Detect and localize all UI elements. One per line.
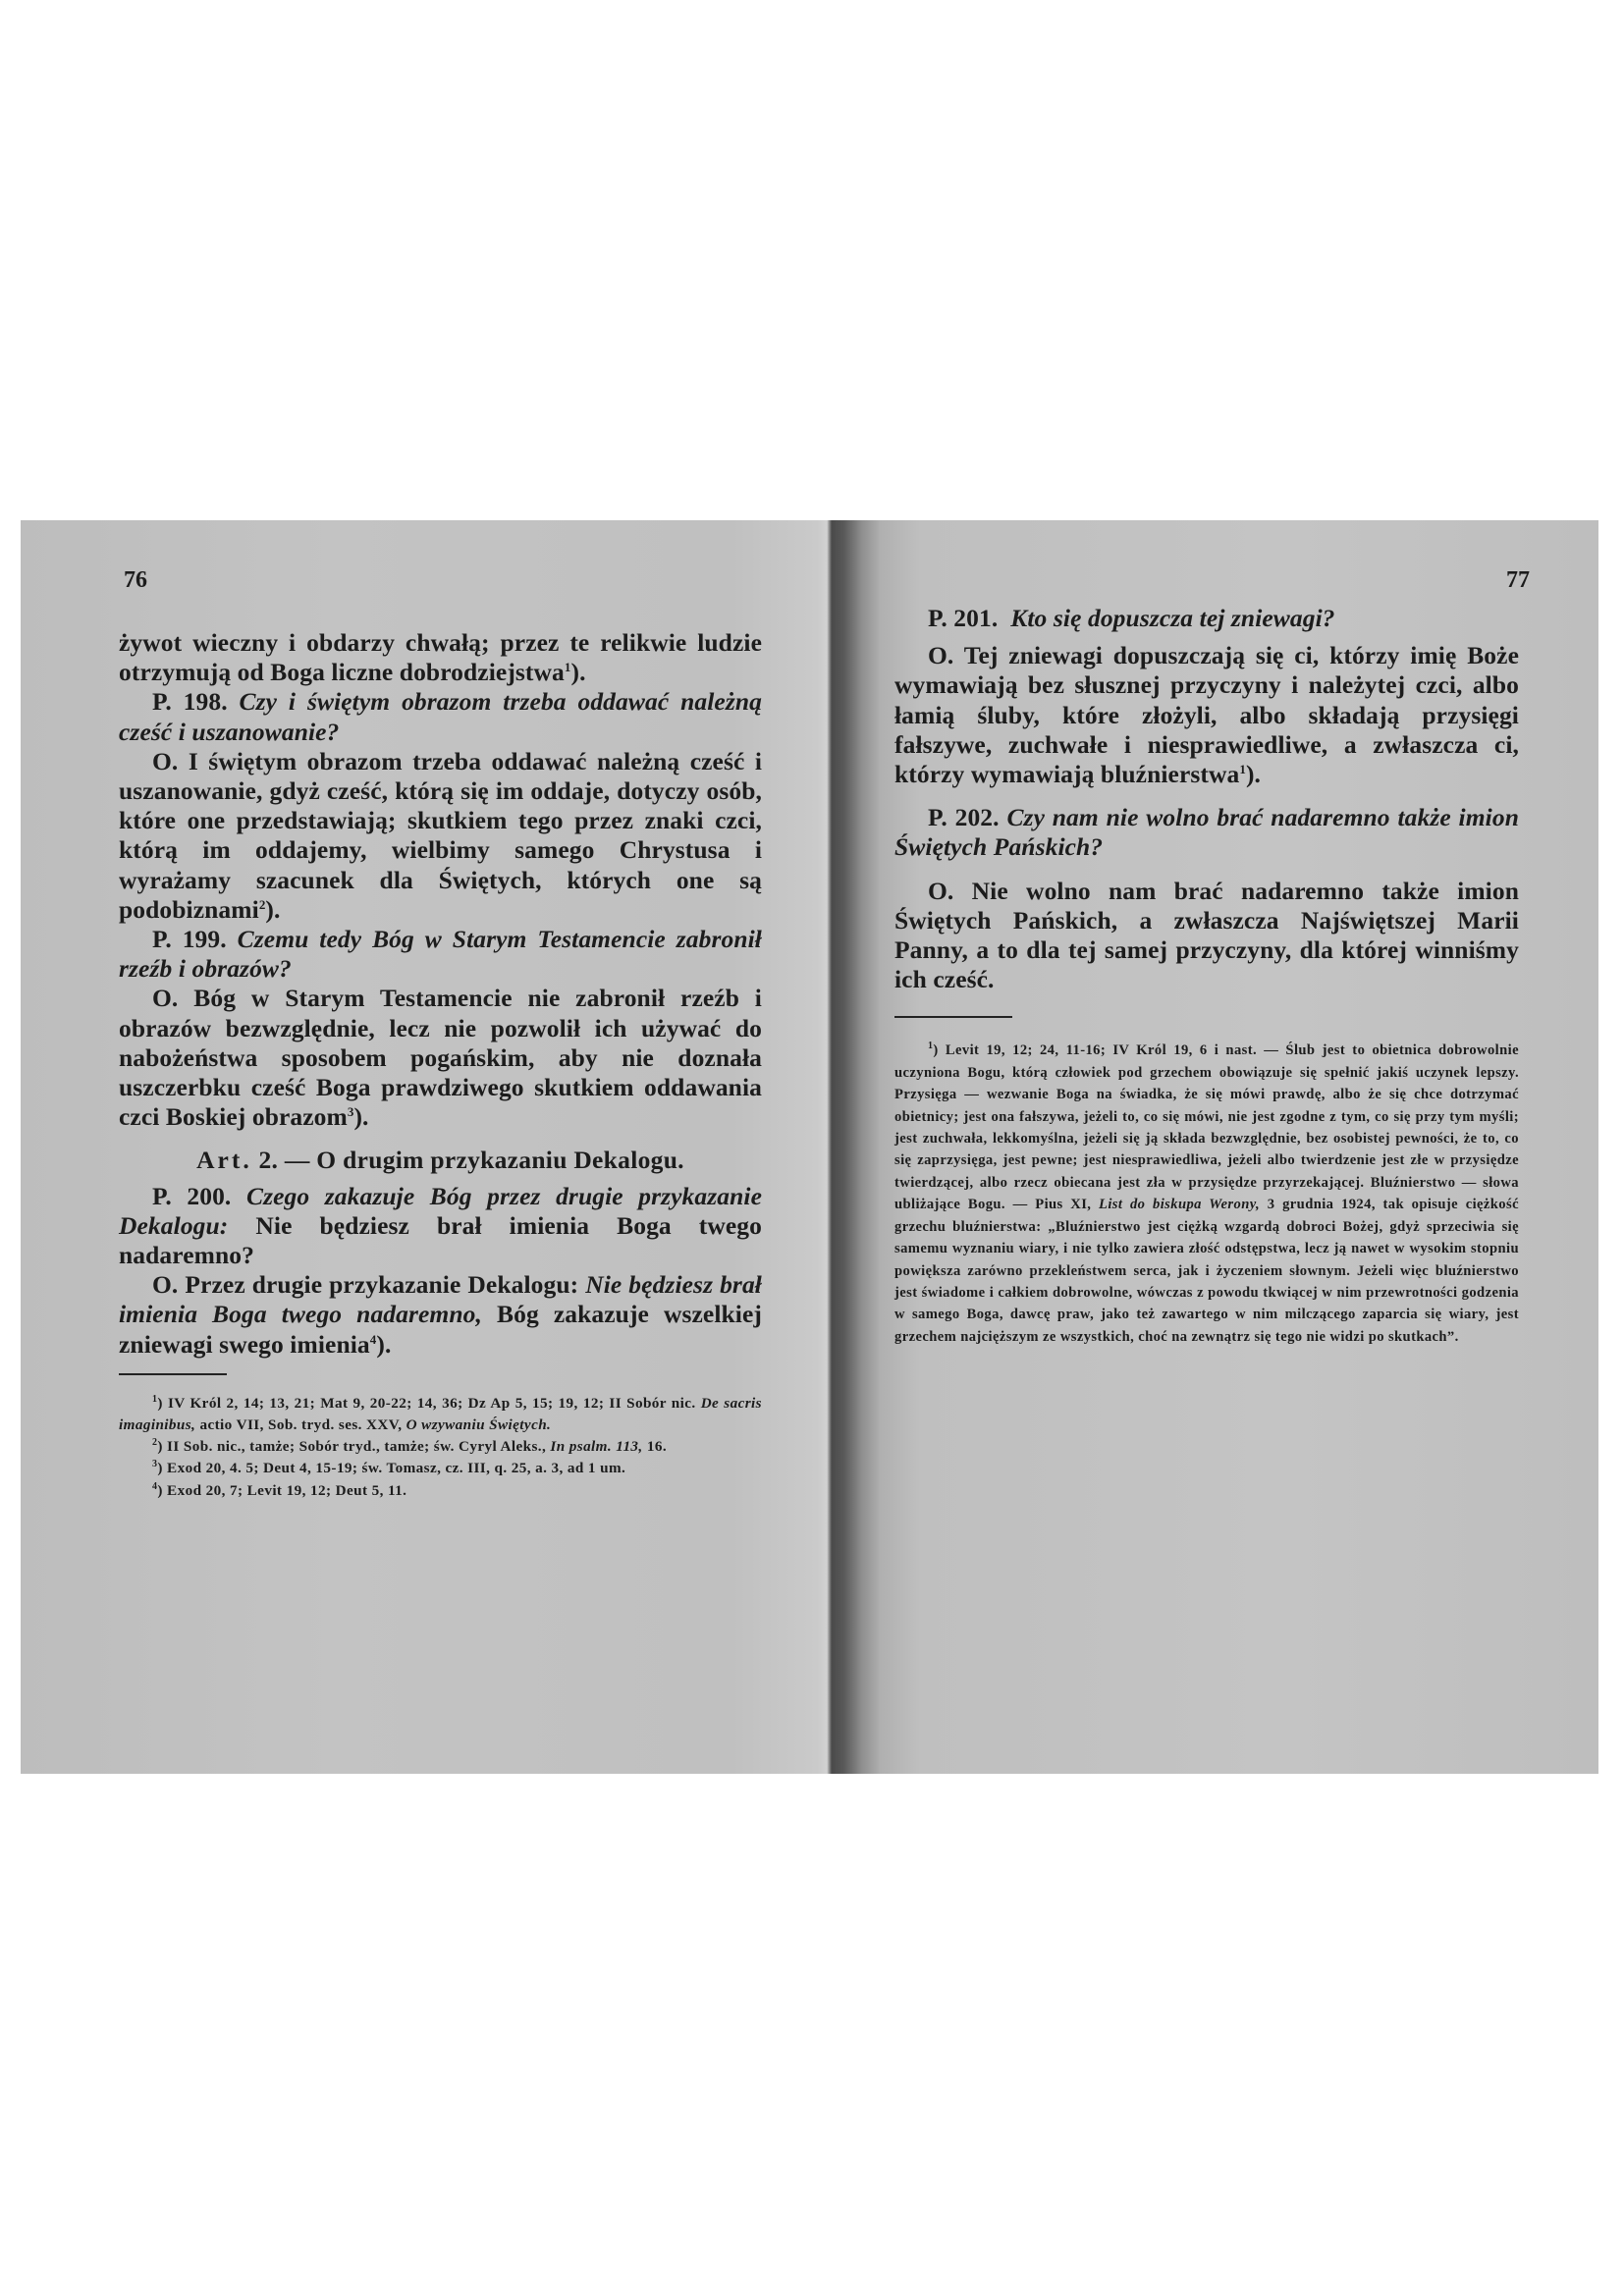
right-page-body: P. 201. Kto się dopuszcza tej zniewagi? …: [894, 604, 1519, 1348]
answer-200: O. Przez drugie przykazanie Dekalogu: Ni…: [119, 1270, 762, 1360]
question-202: P. 202. Czy nam nie wolno brać nadaremno…: [894, 803, 1519, 862]
left-page: 76 żywot wieczny i obdarzy chwałą; przez…: [21, 520, 811, 1774]
answer-198: O. I świętym obrazom trzeba oddawać nale…: [119, 747, 762, 925]
article-heading: Art. 2. — O drugim przykazaniu Dekalogu.: [119, 1146, 762, 1175]
footnote-divider: [894, 1016, 1012, 1018]
footnotes-right: 1) Levit 19, 12; 24, 11-16; IV Król 19, …: [894, 1040, 1519, 1348]
footnote-4: 4) Exod 20, 7; Levit 19, 12; Deut 5, 11.: [119, 1480, 762, 1502]
right-page: 77 P. 201. Kto się dopuszcza tej zniewag…: [865, 520, 1598, 1774]
answer-201: O. Tej zniewagi dopuszczają się ci, któr…: [894, 641, 1519, 789]
question-199: P. 199. Czemu tedy Bóg w Starym Testamen…: [119, 925, 762, 984]
book-scan: 76 żywot wieczny i obdarzy chwałą; przez…: [21, 520, 1598, 1774]
footnote-divider: [119, 1373, 227, 1375]
paragraph-continuation: żywot wieczny i obdarzy chwałą; przez te…: [119, 628, 762, 687]
answer-199: O. Bóg w Starym Testamencie nie zabronił…: [119, 984, 762, 1132]
left-page-body: żywot wieczny i obdarzy chwałą; przez te…: [119, 628, 762, 1502]
footnote-3: 3) Exod 20, 4. 5; Deut 4, 15-19; św. Tom…: [119, 1458, 762, 1479]
footnote-1: 1) Levit 19, 12; 24, 11-16; IV Król 19, …: [894, 1040, 1519, 1348]
answer-202: O. Nie wolno nam brać nadaremno także im…: [894, 877, 1519, 995]
footnotes-left: 1) IV Król 2, 14; 13, 21; Mat 9, 20-22; …: [119, 1393, 762, 1502]
page-number-left: 76: [124, 567, 147, 594]
question-198: P. 198. Czy i świętym obrazom trzeba odd…: [119, 687, 762, 746]
footnote-2: 2) II Sob. nic., tamże; Sobór tryd., tam…: [119, 1436, 762, 1458]
question-200: P. 200. Czego zakazuje Bóg przez drugie …: [119, 1182, 762, 1271]
page-number-right: 77: [1506, 567, 1530, 594]
footnote-1: 1) IV Król 2, 14; 13, 21; Mat 9, 20-22; …: [119, 1393, 762, 1436]
question-201: P. 201. Kto się dopuszcza tej zniewagi?: [894, 604, 1519, 633]
